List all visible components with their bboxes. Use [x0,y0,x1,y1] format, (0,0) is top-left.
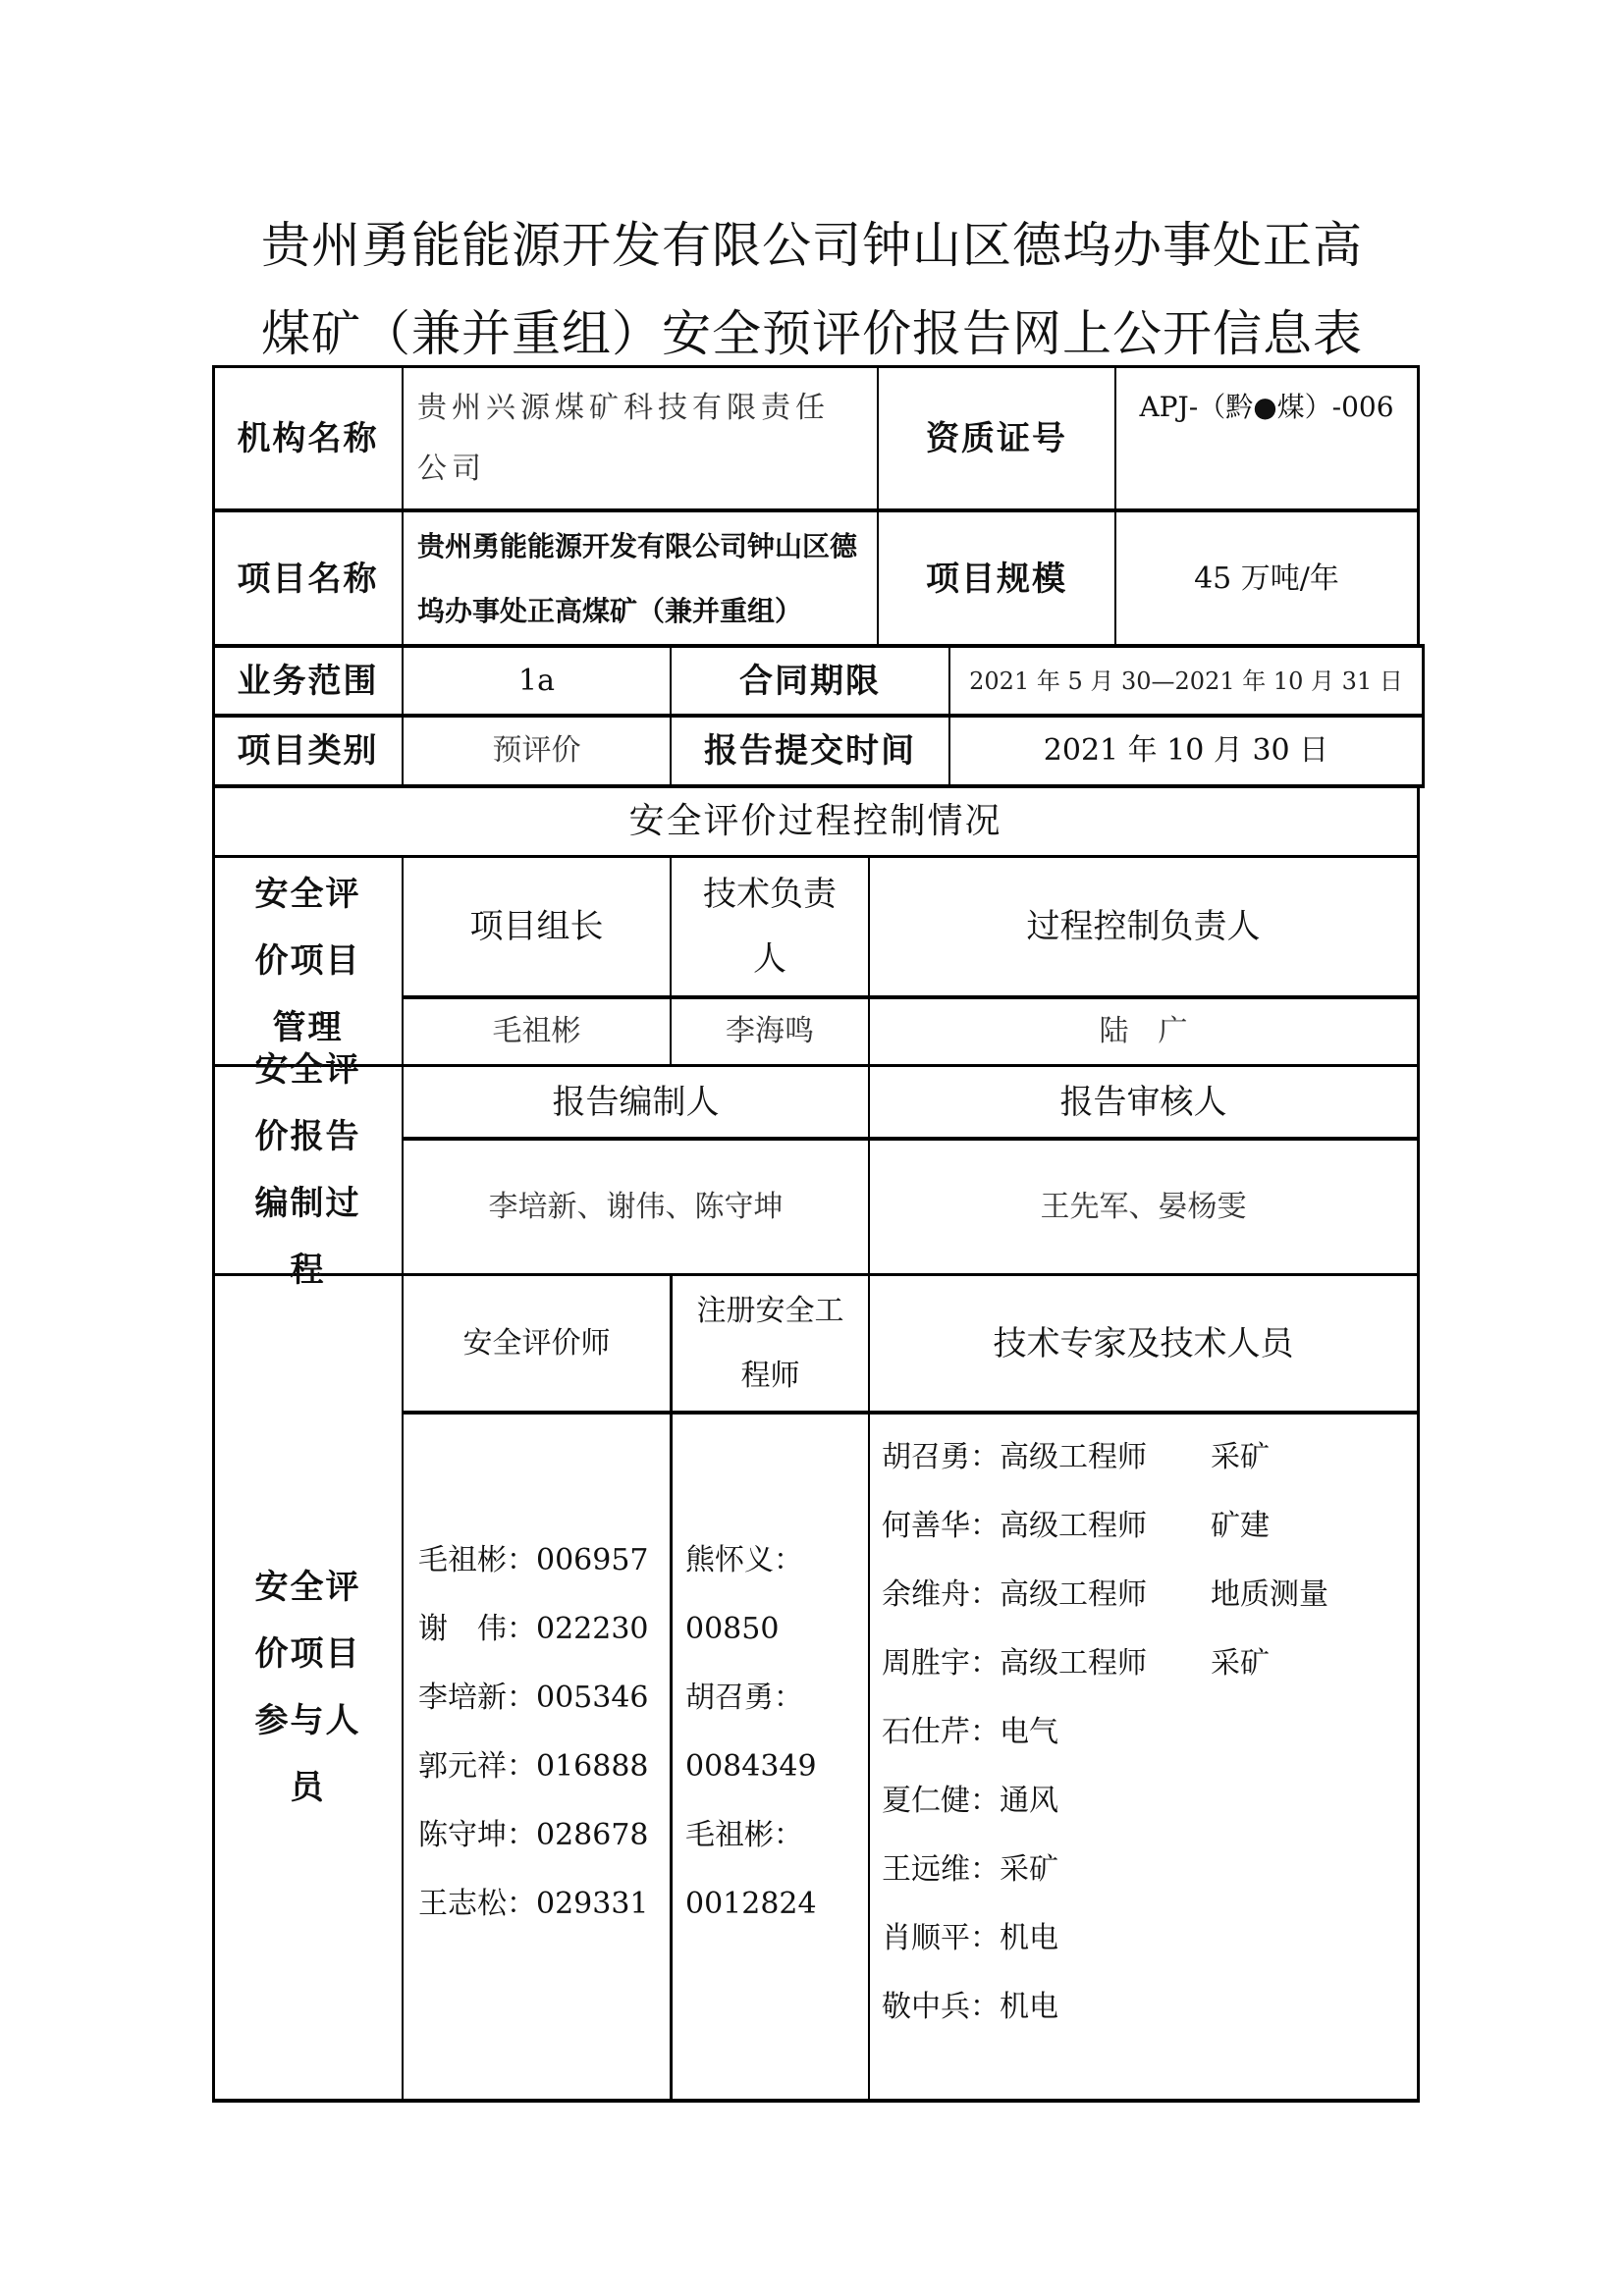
scope-label: 业务范围 [214,648,402,715]
cert-label: 资质证号 [879,368,1114,509]
contract-label: 合同期限 [672,648,948,715]
reviewers-value: 王先军、晏杨雯 [870,1141,1417,1273]
reviewer-header: 报告审核人 [870,1067,1417,1137]
list-item: 胡召勇：高级工程师采矿 [882,1423,1412,1492]
section-title: 安全评价过程控制情况 [214,788,1417,855]
org-value: 贵州兴源煤矿科技有限责任公司 [404,368,877,509]
engineer-list: 熊怀义： 00850 胡召勇： 0084349 毛祖彬： 0012824 [685,1526,862,1939]
expert-list: 胡召勇：高级工程师采矿 何善华：高级工程师矿建 余维舟：高级工程师地质测量 周胜… [882,1423,1412,2042]
engineer-header: 注册安全工程师 [673,1276,868,1411]
report-label-text: 安全评价报告编制过程 [240,1037,377,1304]
tech-lead-header-text: 技术负责人 [691,862,848,991]
tech-lead-header: 技术负责人 [672,858,868,995]
tech-lead-value: 李海鸣 [672,999,868,1064]
list-item: 0012824 [685,1870,862,1939]
org-value-text: 贵州兴源煤矿科技有限责任公司 [417,378,863,500]
scope-value: 1a [404,648,670,715]
leader-value: 毛祖彬 [404,999,670,1064]
list-item: 李培新：005346 [418,1664,664,1733]
category-label: 项目类别 [214,718,402,784]
participants-label: 安全评价项目参与人员 [214,1276,402,2099]
process-control-value: 陆 广 [870,999,1417,1064]
management-label: 安全评价项目管理 [214,858,402,1064]
evaluator-list: 毛祖彬：006957 谢 伟：022230 李培新：005346 郭元祥：016… [418,1526,664,1939]
org-label: 机构名称 [214,368,402,509]
leader-header: 项目组长 [404,858,670,995]
cert-value: APJ-（黔●煤）-006 [1116,368,1417,447]
list-item: 00850 [685,1595,862,1664]
list-item: 夏仁健：通风 [882,1767,1412,1836]
list-item: 何善华：高级工程师矿建 [882,1492,1412,1561]
list-item: 毛祖彬： [685,1801,862,1870]
list-item: 敬中兵：机电 [882,1973,1412,2042]
list-item: 陈守坤：028678 [418,1801,664,1870]
list-item: 余维舟：高级工程师地质测量 [882,1561,1412,1629]
document-title-line2: 煤矿（兼并重组）安全预评价报告网上公开信息表 [0,294,1624,365]
list-item: 熊怀义： [685,1526,862,1595]
list-item: 肖顺平：机电 [882,1904,1412,1973]
project-name-label: 项目名称 [214,512,402,645]
list-item: 王远维：采矿 [882,1836,1412,1904]
contract-value: 2021 年 5 月 30—2021 年 10 月 31 日 [950,648,1422,715]
project-name-value: 贵州勇能能源开发有限公司钟山区德坞办事处正高煤矿（兼并重组） [404,512,877,645]
management-label-text: 安全评价项目管理 [244,861,372,1061]
project-name-text: 贵州勇能能源开发有限公司钟山区德坞办事处正高煤矿（兼并重组） [417,514,863,644]
list-item: 0084349 [685,1733,862,1801]
list-item: 胡召勇： [685,1664,862,1733]
list-item: 王志松：029331 [418,1870,664,1939]
expert-header: 技术专家及技术人员 [870,1276,1417,1411]
project-scale-label: 项目规模 [879,512,1114,645]
process-control-header: 过程控制负责人 [870,858,1417,995]
list-item: 毛祖彬：006957 [418,1526,664,1595]
document-title-line1: 贵州勇能能源开发有限公司钟山区德坞办事处正高 [0,206,1624,277]
report-label: 安全评价报告编制过程 [214,1067,402,1273]
submit-time-label: 报告提交时间 [672,718,948,784]
submit-time-value: 2021 年 10 月 30 日 [950,718,1422,784]
engineer-header-text: 注册安全工程师 [687,1279,854,1409]
participants-label-text: 安全评价项目参与人员 [240,1554,377,1821]
list-item: 周胜宇：高级工程师采矿 [882,1629,1412,1698]
author-header: 报告编制人 [404,1067,868,1137]
list-item: 石仕芹：电气 [882,1698,1412,1767]
list-item: 郭元祥：016888 [418,1733,664,1801]
project-scale-value: 45 万吨/年 [1116,512,1417,645]
authors-value: 李培新、谢伟、陈守坤 [404,1141,868,1273]
category-value: 预评价 [404,718,670,784]
evaluator-header: 安全评价师 [404,1276,670,1411]
list-item: 谢 伟：022230 [418,1595,664,1664]
